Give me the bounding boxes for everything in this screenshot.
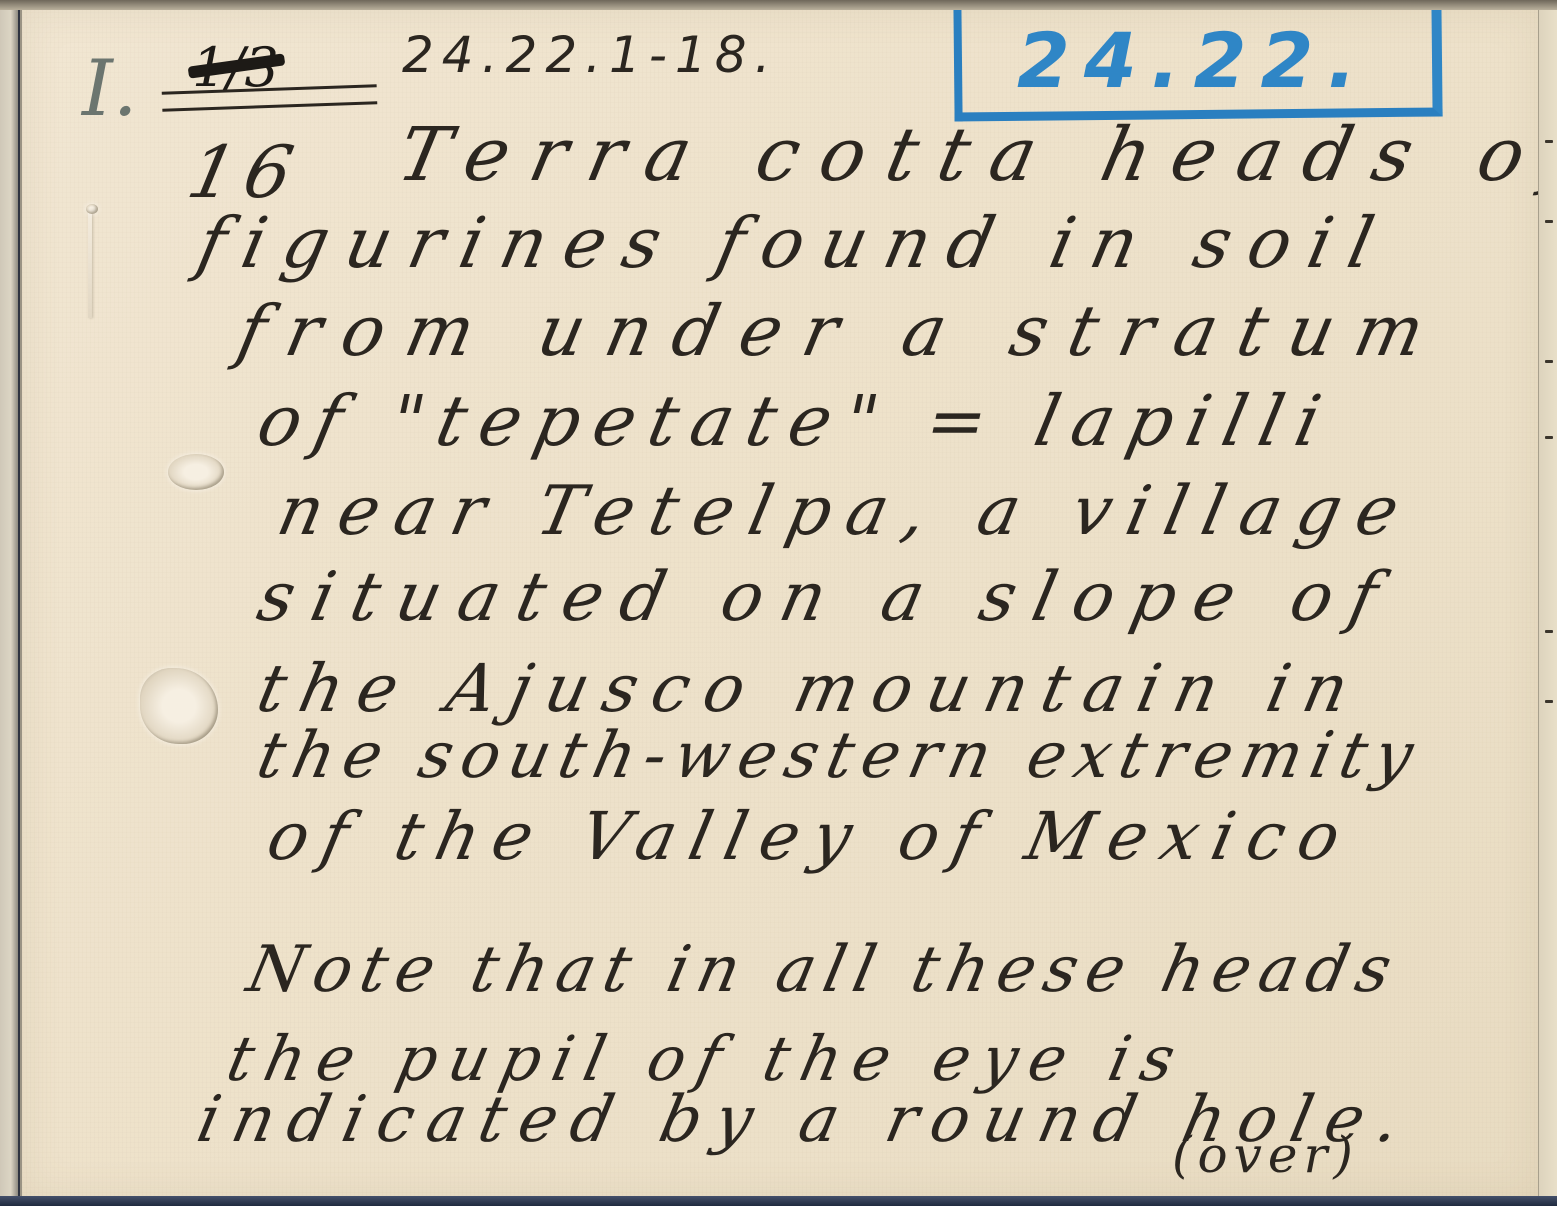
text-line-8: the south-western extremity: [252, 724, 1427, 788]
punch-hole-bottom: [140, 668, 218, 744]
over-note: (over): [1172, 1126, 1359, 1184]
punch-hole-middle: [168, 454, 224, 490]
punch-hole-top: [86, 204, 98, 214]
text-line-2: figurines found in soil: [192, 208, 1397, 278]
note-line-1: Note that in all these heads: [242, 938, 1406, 1002]
blue-box-catalog-number: 24.22.: [1017, 16, 1370, 105]
edge-mark: [1545, 700, 1553, 703]
text-line-6: situated on a slope of: [252, 564, 1401, 632]
adjacent-card-edge: [1538, 0, 1557, 1206]
text-line-5: near Tetelpa, a village: [272, 478, 1420, 546]
edge-mark: [1545, 220, 1553, 223]
text-line-1: Terra cotta heads of: [392, 118, 1557, 192]
text-line-4: of "tepetate" = lapilli: [252, 386, 1340, 456]
edge-mark: [1545, 630, 1553, 633]
edge-mark: [1545, 140, 1553, 143]
text-line-7: the Ajusco mountain in: [252, 656, 1369, 722]
edge-mark: [1545, 360, 1553, 363]
text-line-9: of the Valley of Mexico: [262, 804, 1360, 870]
scanned-card-image: I. 1/3 24.22.1-18. 24.22. 16 Terra cotta…: [0, 0, 1557, 1206]
note-line-2: the pupil of the eye is: [222, 1028, 1192, 1090]
item-count: 16: [182, 136, 309, 208]
catalog-number-range: 24.22.1-18.: [402, 26, 778, 84]
top-edge: [0, 0, 1557, 10]
edge-mark: [1545, 436, 1553, 439]
staple-mark: [88, 208, 92, 318]
bottom-edge: [0, 1196, 1557, 1206]
text-line-3: from under a stratum: [232, 296, 1452, 366]
catalogue-card: I. 1/3 24.22.1-18. 24.22. 16 Terra cotta…: [20, 8, 1540, 1198]
roman-numeral: I.: [82, 44, 138, 134]
binder-strip: [0, 0, 18, 1206]
